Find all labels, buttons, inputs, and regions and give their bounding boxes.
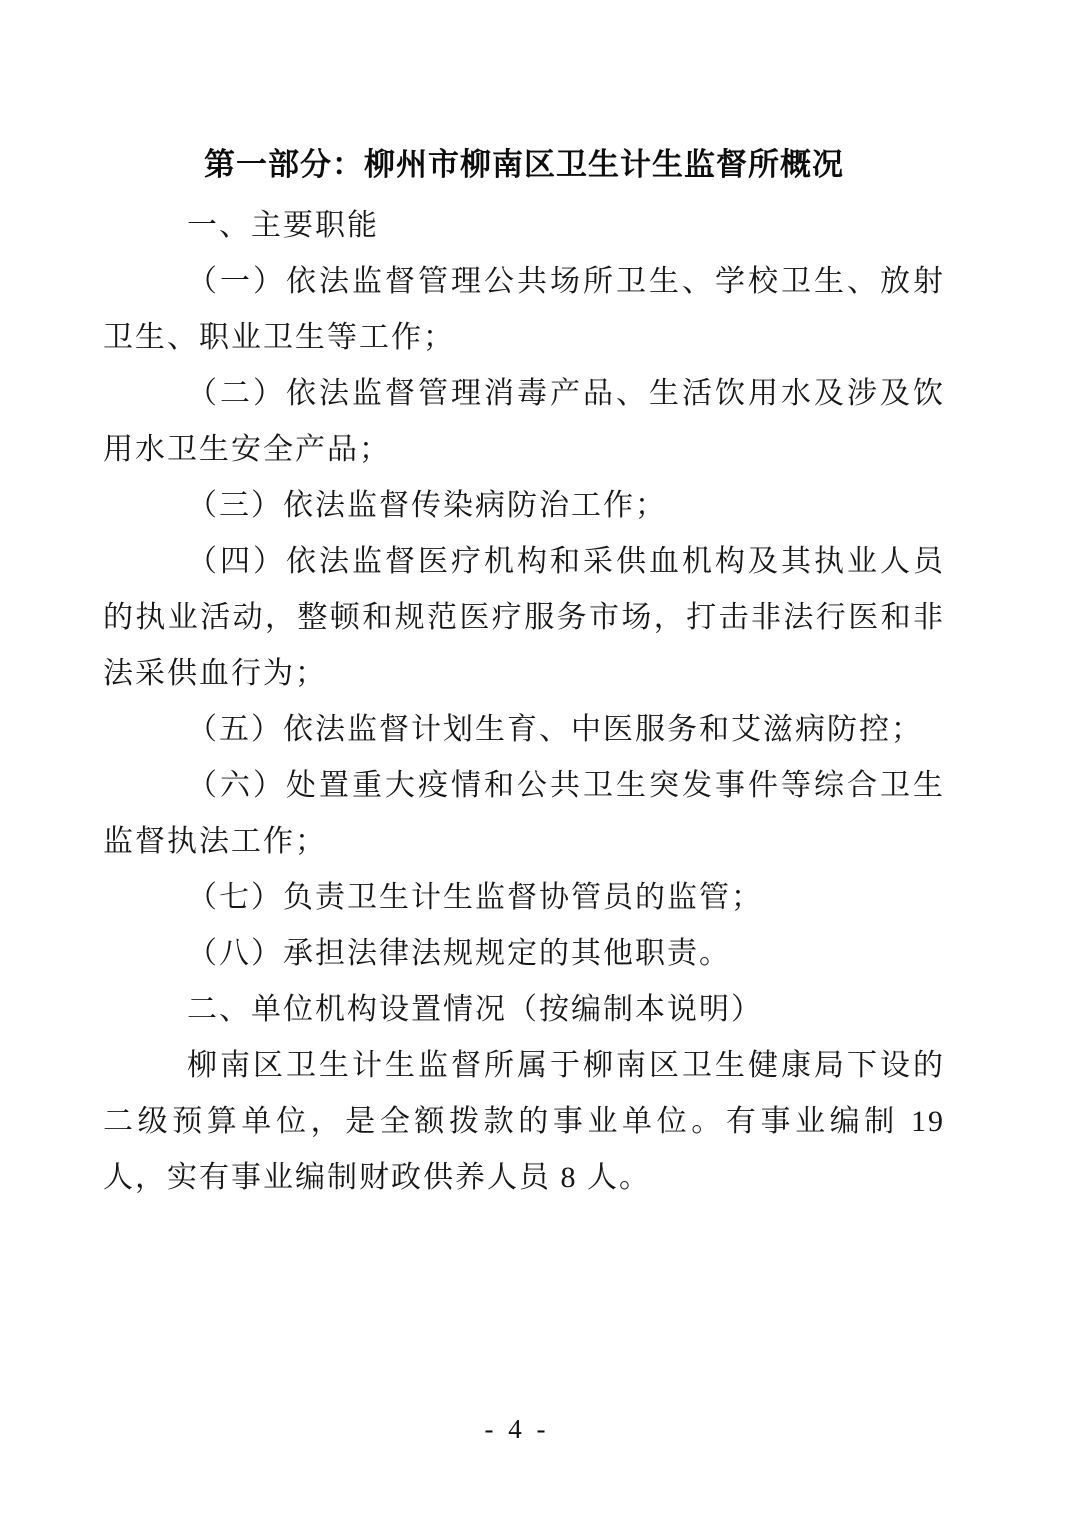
- page-footer: - 4 -: [0, 1414, 1034, 1444]
- document-page: 第一部分：柳州市柳南区卫生计生监督所概况 一、主要职能（一）依法监督管理公共场所…: [0, 0, 1074, 1520]
- paragraph: （一）依法监督管理公共场所卫生、学校卫生、放射卫生、职业卫生等工作；: [103, 254, 945, 366]
- document-title: 第一部分：柳州市柳南区卫生计生监督所概况: [103, 136, 945, 194]
- page-number: - 4 -: [485, 1414, 550, 1444]
- paragraph: （二）依法监督管理消毒产品、生活饮用水及涉及饮用水卫生安全产品；: [103, 366, 945, 478]
- paragraph: 柳南区卫生计生监督所属于柳南区卫生健康局下设的二级预算单位，是全额拨款的事业单位…: [103, 1038, 945, 1206]
- paragraph: （四）依法监督医疗机构和采供血机构及其执业人员的执业活动，整顿和规范医疗服务市场…: [103, 534, 945, 702]
- paragraph: （五）依法监督计划生育、中医服务和艾滋病防控；: [103, 702, 945, 758]
- paragraph: （三）依法监督传染病防治工作；: [103, 478, 945, 534]
- paragraph: 二、单位机构设置情况（按编制本说明）: [103, 982, 945, 1038]
- paragraph: （七）负责卫生计生监督协管员的监管；: [103, 870, 945, 926]
- document-body: 一、主要职能（一）依法监督管理公共场所卫生、学校卫生、放射卫生、职业卫生等工作；…: [103, 198, 945, 1206]
- document-content: 第一部分：柳州市柳南区卫生计生监督所概况 一、主要职能（一）依法监督管理公共场所…: [103, 136, 945, 1206]
- paragraph: （八）承担法律法规规定的其他职责。: [103, 926, 945, 982]
- paragraph: （六）处置重大疫情和公共卫生突发事件等综合卫生监督执法工作；: [103, 758, 945, 870]
- paragraph: 一、主要职能: [103, 198, 945, 254]
